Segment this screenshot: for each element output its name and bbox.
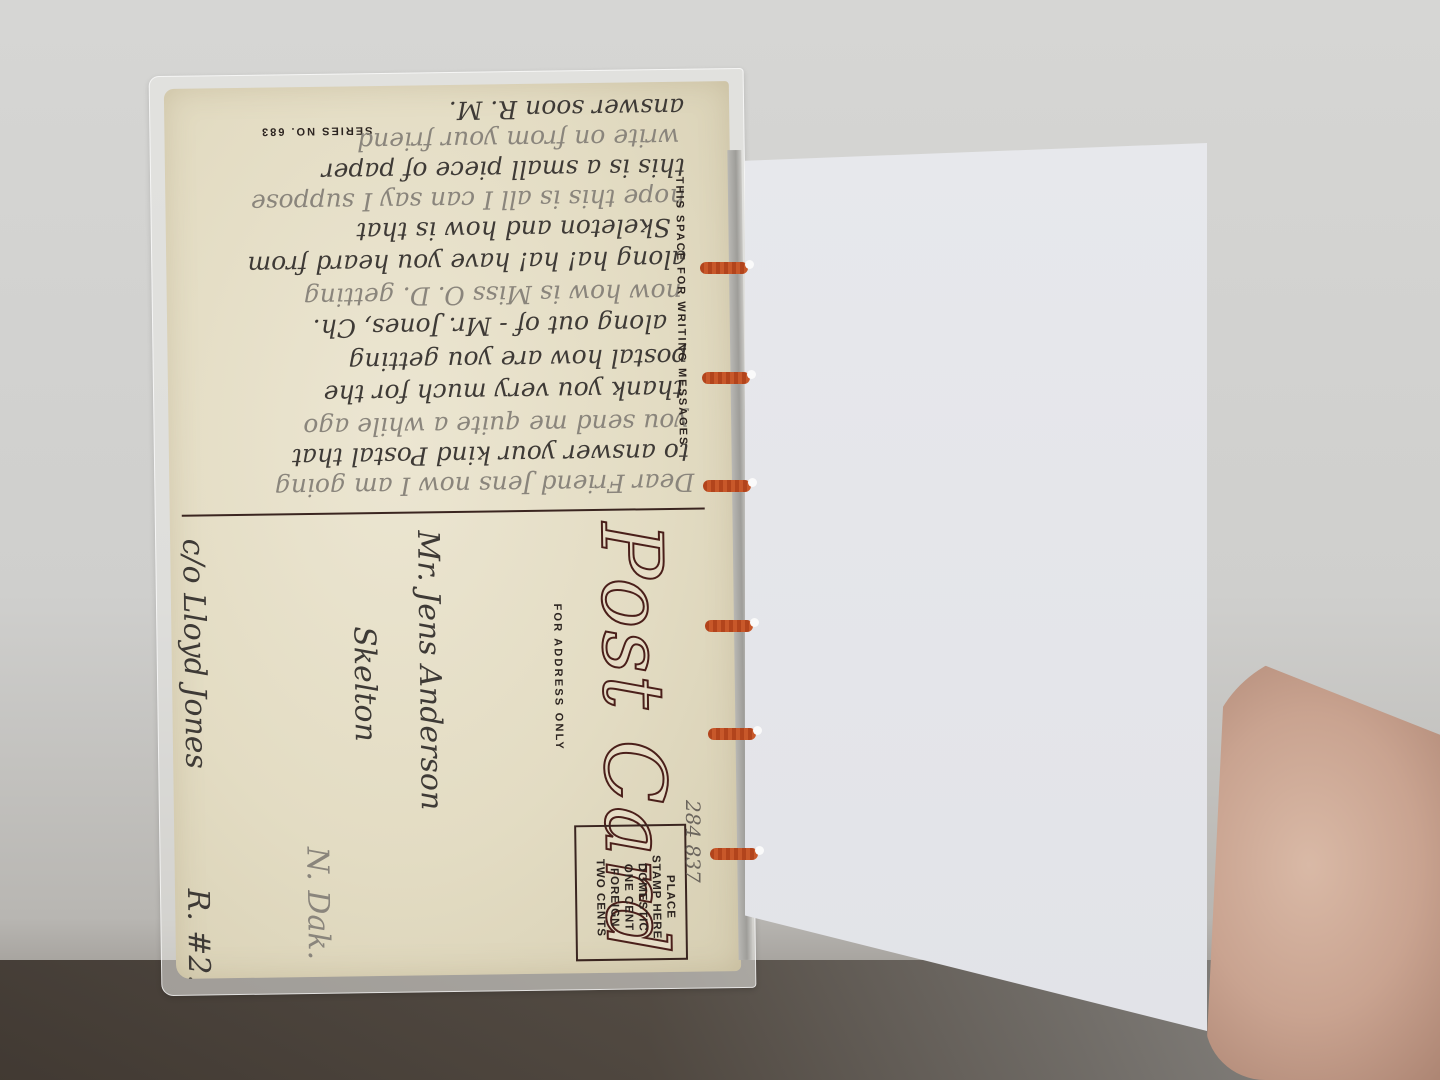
address-only-label: FOR ADDRESS ONLY xyxy=(551,603,565,751)
message-line: Dear Friend Jens now I am going xyxy=(275,468,695,503)
message-line: Skeleton and how is that xyxy=(356,213,671,246)
message-line: postal how are you getting xyxy=(348,343,687,377)
thread-stitch xyxy=(700,262,748,274)
blank-page xyxy=(745,143,1207,1031)
series-number: SERIES NO. 683 xyxy=(260,124,373,138)
address-town: Skelton xyxy=(346,626,383,742)
message-line: answer soon R. M. xyxy=(449,93,685,125)
message-line: now how is Miss O. D. getting xyxy=(304,278,682,312)
message-line: along out of - Mr. Jones, Ch. xyxy=(313,309,668,343)
address-care-of: c/o Lloyd Jones xyxy=(175,538,213,769)
message-line: along ha! ha! have you heard from xyxy=(247,245,686,280)
message-line: hope this is all I can say I suppose xyxy=(251,183,686,218)
thread-stitch xyxy=(705,620,753,632)
thread-stitch xyxy=(708,728,756,740)
card-divider xyxy=(182,507,705,516)
address-name: Mr. Jens Anderson xyxy=(410,530,449,810)
message-line: to answer your kind Postal that xyxy=(292,438,689,473)
stamp-box: PLACE STAMP HERE DOMESTIC ONE CENT FOREI… xyxy=(574,824,688,962)
thread-stitch xyxy=(702,372,750,384)
address-route: R. #2. xyxy=(180,888,216,979)
postcard: SERIES NO. 683 answer soon R. M. write o… xyxy=(164,81,741,979)
writing-space-label: THIS SPACE FOR WRITING MESSAGES xyxy=(673,177,689,447)
pencil-note: 284 837 xyxy=(681,800,705,883)
address-state: N. Dak. xyxy=(299,847,336,961)
message-line: thank you very much for the xyxy=(323,375,683,409)
thread-stitch xyxy=(703,480,751,492)
stamp-instructions: PLACE STAMP HERE DOMESTIC ONE CENT FOREI… xyxy=(592,842,678,953)
message-line: this is a small piece of paper xyxy=(321,153,685,187)
thread-stitch xyxy=(710,848,758,860)
message-line: you send me quite a while ago xyxy=(303,408,689,442)
message-line: write on from your friend xyxy=(357,123,680,156)
holding-hand xyxy=(1205,650,1440,1080)
